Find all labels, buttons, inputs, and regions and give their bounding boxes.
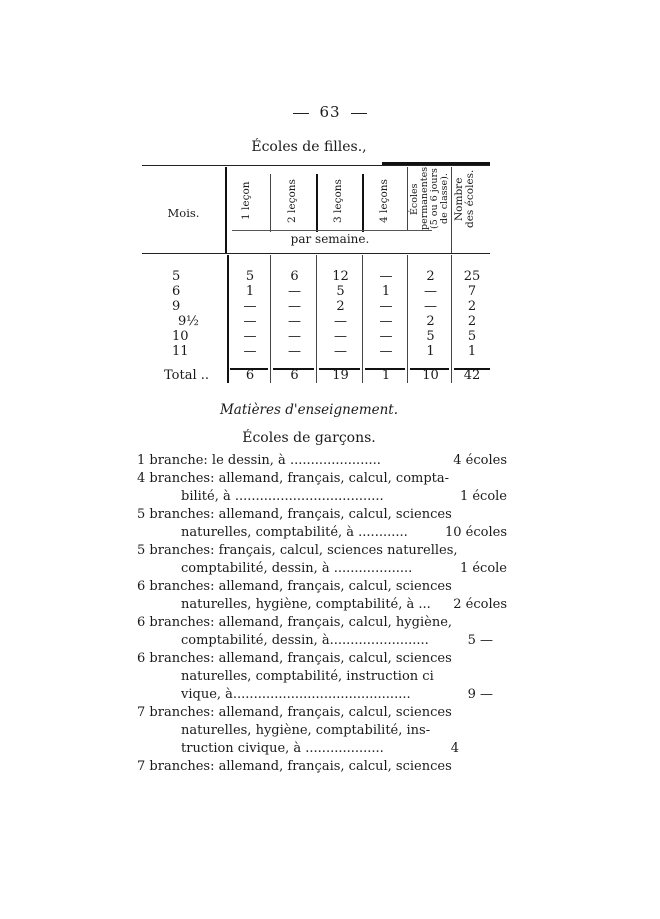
column-divider: [451, 167, 452, 253]
column-divider: [316, 174, 318, 232]
boys-schools-title: Écoles de garçons.: [0, 430, 618, 446]
entry-line: 5 branches: allemand, français, calcul, …: [137, 506, 507, 524]
table-total-row: Total .. 6 6 19 1 10 42: [142, 368, 490, 383]
table-top-rule: [142, 165, 490, 166]
cell: —: [273, 314, 316, 329]
cell: —: [230, 344, 270, 359]
entry-count: 2 écoles: [453, 596, 507, 614]
cell: 1: [410, 344, 451, 359]
cell-mois: 5: [172, 269, 222, 284]
header-mois: Mois.: [142, 206, 225, 220]
cell-mois: 11: [172, 344, 222, 359]
column-divider: [362, 174, 364, 232]
header-2-lecons: 2 leçons: [287, 176, 298, 226]
cell: 2: [454, 299, 490, 314]
cell: 25: [454, 269, 490, 284]
list-item: 5 branches: allemand, français, calcul, …: [137, 506, 507, 542]
table-row: 11 — — — — 1 1: [142, 344, 490, 359]
header-1-lecon: 1 leçon: [241, 176, 252, 226]
cell: —: [273, 284, 316, 299]
cell-mois: 10: [172, 329, 222, 344]
cell: —: [365, 329, 407, 344]
header-4-lecons: 4 leçons: [379, 176, 390, 226]
list-item: 5 branches: français, calcul, sciences n…: [137, 542, 507, 578]
entry-line: comptabilité, dessin, à.................…: [137, 632, 507, 650]
table-row: 9 — — 2 — — 2: [142, 299, 490, 314]
entry-line: comptabilité, dessin, à ................…: [137, 560, 507, 578]
cell: 2: [410, 269, 451, 284]
entry-line: 6 branches: allemand, français, calcul, …: [137, 578, 507, 596]
cell: 2: [454, 314, 490, 329]
entry-line: naturelles, hygiène, comptabilité, ins-: [137, 722, 507, 740]
cell: —: [319, 344, 362, 359]
entry-line: 5 branches: français, calcul, sciences n…: [137, 542, 507, 560]
entry-line: 1 branche: le dessin, à ................…: [137, 452, 507, 470]
dash-right: [351, 113, 367, 114]
subjects-list: 1 branche: le dessin, à ................…: [137, 452, 507, 776]
cell: 7: [454, 284, 490, 299]
cell: —: [319, 329, 362, 344]
cell: 12: [319, 269, 362, 284]
cell: —: [365, 344, 407, 359]
entry-line: naturelles, hygiène, comptabilité, à ...: [137, 596, 507, 614]
cell-mois: 9: [172, 299, 222, 314]
cell: —: [273, 299, 316, 314]
list-item: 7 branches: allemand, français, calcul, …: [137, 704, 507, 758]
table-row: 9½ — — — — 2 2: [142, 314, 490, 329]
cell: 2: [319, 299, 362, 314]
subjects-title: Matières d'enseignement.: [0, 402, 618, 418]
cell: 1: [454, 344, 490, 359]
cell: 5: [230, 269, 270, 284]
cell: 5: [410, 329, 451, 344]
cell: —: [410, 299, 451, 314]
table-row: 5 5 6 12 — 2 25: [142, 269, 490, 284]
table-top-thick-rule: [382, 162, 490, 165]
entry-line: 4 branches: allemand, français, calcul, …: [137, 470, 507, 488]
dash-left: [293, 113, 309, 114]
cell: 2: [410, 314, 451, 329]
entry-count: 5 —: [468, 632, 493, 650]
entry-line: bilité, à ..............................…: [137, 488, 507, 506]
cell: —: [365, 299, 407, 314]
cell-mois: 9½: [178, 314, 228, 329]
cell: —: [273, 344, 316, 359]
header-ecoles-permanentes: Écoles permanentes: (5 ou 6 jours de cla…: [410, 168, 448, 230]
cell: —: [319, 314, 362, 329]
list-item: 4 branches: allemand, français, calcul, …: [137, 470, 507, 506]
entry-line: 7 branches: allemand, français, calcul, …: [137, 758, 507, 776]
cell: —: [230, 314, 270, 329]
cell: —: [410, 284, 451, 299]
entry-line: vique, à................................…: [137, 686, 507, 704]
cell: —: [365, 314, 407, 329]
cell: —: [230, 329, 270, 344]
list-item: 1 branche: le dessin, à ................…: [137, 452, 507, 470]
header-par-semaine: par semaine.: [226, 232, 434, 246]
cell-total: 19: [319, 368, 362, 383]
cell: 5: [319, 284, 362, 299]
list-item: 6 branches: allemand, français, calcul, …: [137, 578, 507, 614]
list-item: 6 branches: allemand, français, calcul, …: [137, 614, 507, 650]
entry-count: 9 —: [468, 686, 493, 704]
entry-line: 7 branches: allemand, français, calcul, …: [137, 704, 507, 722]
cell: —: [365, 269, 407, 284]
cell: 6: [273, 269, 316, 284]
list-item: 7 branches: allemand, français, calcul, …: [137, 758, 507, 776]
header-3-lecons: 3 leçons: [333, 176, 344, 226]
header-nombre-ecoles: Nombre des écoles.: [454, 168, 488, 230]
table-row: 10 — — — — 5 5: [142, 329, 490, 344]
entry-count: 1 école: [460, 488, 507, 506]
entry-count: 10 écoles: [445, 524, 507, 542]
cell: —: [230, 299, 270, 314]
entry-line: 6 branches: allemand, français, calcul, …: [137, 614, 507, 632]
cell-total: 42: [454, 368, 490, 383]
list-item: 6 branches: allemand, français, calcul, …: [137, 650, 507, 704]
column-divider: [407, 167, 408, 230]
cell: 1: [230, 284, 270, 299]
entry-line: 6 branches: allemand, français, calcul, …: [137, 650, 507, 668]
entry-count: 1 école: [460, 560, 507, 578]
entry-count: 4: [451, 740, 459, 758]
entry-count: 4 écoles: [453, 452, 507, 470]
table-header-bottom-rule: [142, 253, 490, 254]
cell-total: 6: [273, 368, 316, 383]
cell: 5: [454, 329, 490, 344]
cell-mois: 6: [172, 284, 222, 299]
cell-total: 10: [410, 368, 451, 383]
table-row: 6 1 — 5 1 — 7: [142, 284, 490, 299]
table-title: Écoles de filles.,: [0, 139, 618, 155]
total-label: Total ..: [164, 368, 226, 383]
cell-total: 6: [230, 368, 270, 383]
column-divider: [270, 174, 271, 232]
cell-total: 1: [365, 368, 407, 383]
page-number-value: 63: [319, 103, 340, 121]
cell: 1: [365, 284, 407, 299]
page-number: 63: [0, 103, 660, 121]
entry-line: naturelles, comptabilité, instruction ci: [137, 668, 507, 686]
group-rule: [232, 230, 432, 231]
cell: —: [273, 329, 316, 344]
